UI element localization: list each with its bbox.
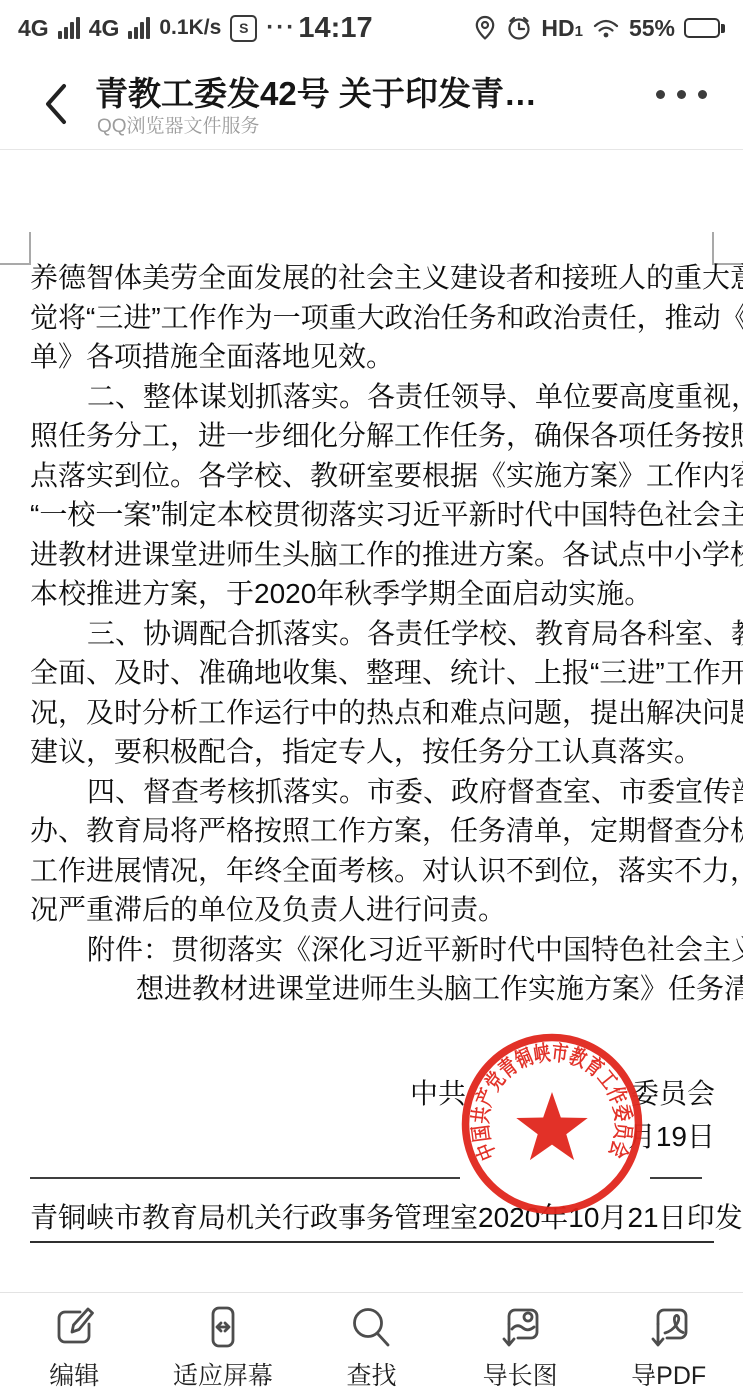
footer-rule-right [650, 1177, 702, 1179]
official-red-seal: 中国共产党青铜峡市教育工作委员会 [458, 1030, 646, 1218]
export-pdf-button[interactable]: 导PDF [594, 1293, 743, 1400]
document-title: 青教工委发42号 关于印发青… [95, 68, 595, 115]
search-icon [347, 1303, 395, 1351]
document-text-line: 二、整体谋划抓落实。各责任领导、单位要高度重视，严格按 [30, 377, 714, 417]
export-long-image-button[interactable]: 导长图 [446, 1293, 595, 1400]
document-text-line: 况严重滞后的单位及负责人进行问责。 [30, 890, 714, 930]
bottom-toolbar: 编辑 适应屏幕 查找 导长图 导PDF [0, 1292, 743, 1400]
document-text-line: 点落实到位。各学校、教研室要根据《实施方案》工作内容，按照 [30, 456, 714, 496]
status-bar: 4G 4G 0.1K/s S ··· 14:17 HD1 55% [0, 0, 743, 56]
document-text-line: 四、督查考核抓落实。市委、政府督查室、市委宣传部、考核 [30, 772, 714, 812]
document-text-line: 三、协调配合抓落实。各责任学校、教育局各科室、教研室要 [30, 614, 714, 654]
back-chevron-icon [43, 82, 69, 126]
document-text-line: 附件：贯彻落实《深化习近平新时代中国特色社会主义思 [30, 930, 714, 970]
document-text-line: 全面、及时、准确地收集、整理、统计、上报“三进”工作开展情 [30, 653, 714, 693]
document-text-line: 单》各项措施全面落地见效。 [30, 337, 714, 377]
document-text-line: 照任务分工，进一步细化分解工作任务，确保各项任务按照时间节 [30, 416, 714, 456]
toolbar-label: 查找 [346, 1356, 396, 1392]
document-text-line: 本校推进方案，于2020年秋季学期全面启动实施。 [30, 574, 714, 614]
service-subtitle: QQ浏览器文件服务 [97, 111, 260, 138]
document-text-line: 办、教育局将严格按照工作方案，任务清单，定期督查分析，通报 [30, 811, 714, 851]
document-scroll-area[interactable]: 养德智体美劳全面发展的社会主义建设者和接班人的重大意义，自 觉将“三进”工作作为… [0, 150, 743, 1292]
document-text-line: 觉将“三进”工作作为一项重大政治任务和政治责任，推动《任务清 [30, 298, 714, 338]
more-menu-button[interactable] [656, 90, 707, 99]
document-text-line: 进教材进课堂进师生头脑工作的推进方案。各试点中小学校要制定 [30, 535, 714, 575]
edit-button[interactable]: 编辑 [0, 1293, 149, 1400]
edit-icon [50, 1303, 98, 1351]
clock-time: 14:17 [0, 12, 671, 45]
toolbar-label: 导长图 [483, 1356, 558, 1392]
document-text-line: 想进教材进课堂进师生头脑工作实施方案》任务清单 [30, 969, 714, 1009]
back-button[interactable] [36, 78, 76, 130]
toolbar-label: 适应屏幕 [173, 1356, 273, 1392]
document-text-line: 养德智体美劳全面发展的社会主义建设者和接班人的重大意义，自 [30, 258, 714, 298]
seal-star-icon [516, 1092, 587, 1160]
battery-icon [684, 18, 725, 38]
export-long-image-icon [496, 1303, 544, 1351]
document-text-line: 工作进展情况，年终全面考核。对认识不到位，落实不力，完成情 [30, 851, 714, 891]
document-text-line: 况，及时分析工作运行中的热点和难点问题，提出解决问题的措施 [30, 693, 714, 733]
toolbar-label: 编辑 [49, 1356, 99, 1392]
footer-rule-left [30, 1177, 460, 1179]
page-margin-mark-left [0, 232, 31, 265]
toolbar-label: 导PDF [631, 1356, 706, 1392]
document-text-line: “一校一案”制定本校贯彻落实习近平新时代中国特色社会主义思想 [30, 495, 714, 535]
fit-screen-button[interactable]: 适应屏幕 [149, 1293, 298, 1400]
header-bar: 青教工委发42号 关于印发青… QQ浏览器文件服务 [0, 56, 743, 150]
document-text-line: 建议，要积极配合，指定专人，按任务分工认真落实。 [30, 732, 714, 772]
footer-office: 青铜峡市教育局机关行政事务管理室 [30, 1196, 478, 1236]
find-button[interactable]: 查找 [297, 1293, 446, 1400]
page-margin-mark-right [712, 232, 743, 265]
fit-screen-icon [199, 1303, 247, 1351]
document-body: 养德智体美劳全面发展的社会主义建设者和接班人的重大意义，自 觉将“三进”工作作为… [30, 258, 714, 1009]
export-pdf-icon [645, 1303, 693, 1351]
